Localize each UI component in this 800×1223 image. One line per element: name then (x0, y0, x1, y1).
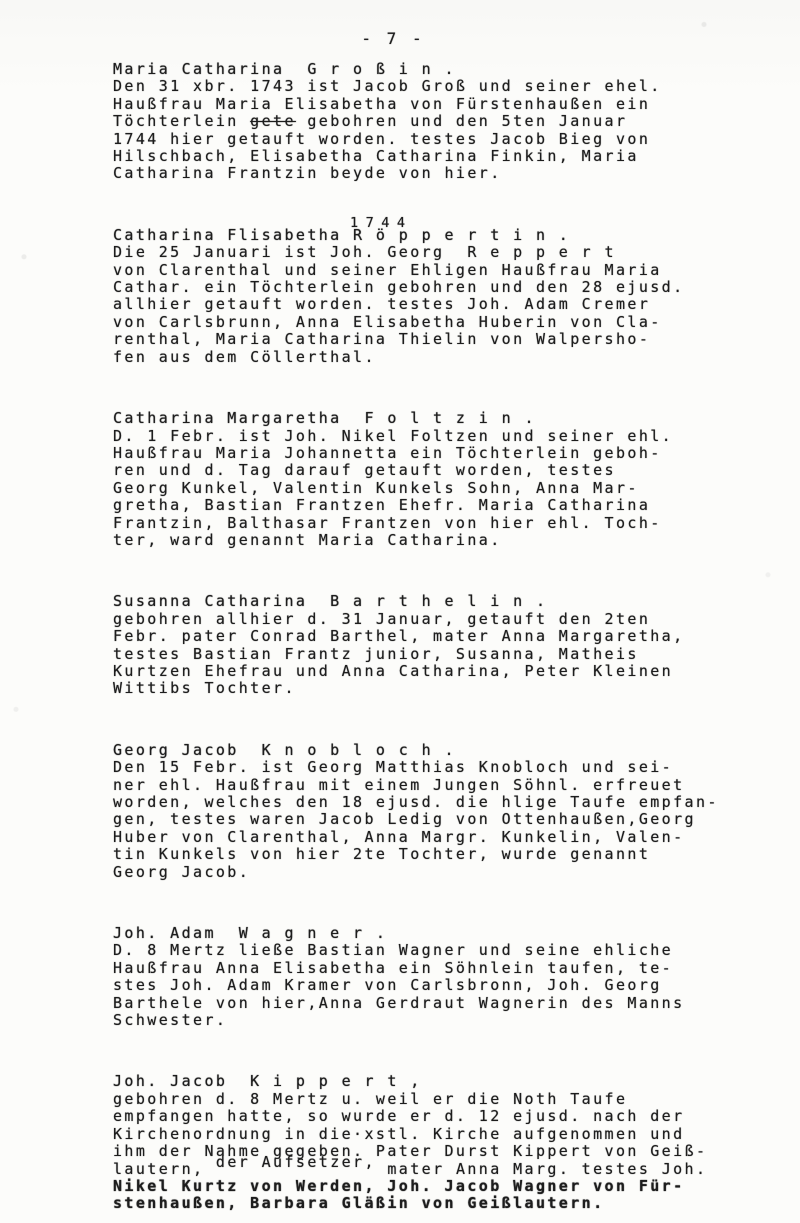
text-line: ihm der Nahme gegeben. Pater Durst Kippe… (113, 1143, 773, 1160)
record-heading: Joh. Adam W a g n e r . (113, 925, 773, 942)
text-line: Die 25 Januari ist Joh. Georg R e p p e … (113, 244, 773, 261)
text-line: ter, ward genannt Maria Catharina. (113, 532, 773, 549)
text-segment: Catharina Flisabetha (113, 226, 353, 244)
text-segment: Töchterlein (113, 112, 250, 130)
text-line: D. 8 Mertz ließe Bastian Wagner und sein… (113, 942, 773, 959)
text-line-with-correction: Töchterlein gete gebohren und den 5ten J… (113, 113, 773, 130)
record-heading: Joh. Jacob K i p p e r t , (113, 1073, 773, 1090)
text-line: empfangen hatte, so wurde er d. 12 ejusd… (113, 1108, 773, 1125)
text-line-with-insertion: lautern, der Aufsetzer, mater Anna Marg.… (113, 1161, 773, 1178)
text-line: Nikel Kurtz von Werden, Joh. Jacob Wagne… (113, 1178, 773, 1195)
text-line: Frantzin, Balthasar Frantzen von hier eh… (113, 515, 773, 532)
text-line: Schwester. (113, 1012, 773, 1029)
record-heading: Susanna Catharina B a r t h e l i n . (113, 593, 773, 610)
text-line: Den 31 xbr. 1743 ist Jacob Groß und sein… (113, 78, 773, 95)
text-line: renthal, Maria Catharina Thielin von Wal… (113, 331, 773, 348)
text-line: stenhaußen, Barbara Gläßin von Geißlaute… (113, 1195, 773, 1212)
text-line: fen aus dem Cöllerthal. (113, 349, 773, 366)
text-line: ner ehl. Haußfrau mit einem Jungen Söhnl… (113, 777, 773, 794)
text-line: Febr. pater Conrad Barthel, mater Anna M… (113, 628, 773, 645)
text-line: stes Joh. Adam Kramer von Carlsbronn, Jo… (113, 977, 773, 994)
text-line: gretha, Bastian Frantzen Ehefr. Maria Ca… (113, 497, 773, 514)
surname-with-year: 1744R ö p p e r t i n . (353, 227, 570, 244)
text-line: Barthele von hier,Anna Gerdraut Wagnerin… (113, 995, 773, 1012)
text-line: Huber von Clarenthal, Anna Margr. Kunkel… (113, 829, 773, 846)
text-line: worden, welches den 18 ejusd. die hlige … (113, 794, 773, 811)
text-segment: gebohren und den 5ten Januar (296, 112, 628, 130)
text-line: Cathar. ein Töchterlein gebohren und den… (113, 279, 773, 296)
text-line: von Clarenthal und seiner Ehligen Haußfr… (113, 262, 773, 279)
record-entry-knobloch: Georg Jacob K n o b l o c h . Den 15 Feb… (113, 742, 773, 881)
text-line: Catharina Frantzin beyde von hier. (113, 165, 773, 182)
record-entry-kippert: Joh. Jacob K i p p e r t , gebohren d. 8… (113, 1073, 773, 1212)
record-heading: Catharina Margaretha F o l t z i n . (113, 410, 773, 427)
text-line: tin Kunkels von hier 2te Tochter, wurde … (113, 846, 773, 863)
record-entry-wagner: Joh. Adam W a g n e r . D. 8 Mertz ließe… (113, 925, 773, 1029)
text-line: testes Bastian Frantz junior, Susanna, M… (113, 646, 773, 663)
text-line: allhier getauft worden. testes Joh. Adam… (113, 296, 773, 313)
page-content: - 7 - Maria Catharina G r o ß i n . Den … (113, 30, 773, 1213)
record-entry-foltzin: Catharina Margaretha F o l t z i n . D. … (113, 410, 773, 549)
text-line: gebohren d. 8 Mertz u. weil er die Noth … (113, 1091, 773, 1108)
record-heading: Georg Jacob K n o b l o c h . (113, 742, 773, 759)
text-line: Georg Jacob. (113, 864, 773, 881)
text-segment: mater Anna Marg. testes Joh. (387, 1160, 707, 1178)
text-line: Haußfrau Anna Elisabetha ein Söhnlein ta… (113, 960, 773, 977)
record-entry-barthelin: Susanna Catharina B a r t h e l i n . ge… (113, 593, 773, 697)
record-entry-grossin: Maria Catharina G r o ß i n . Den 31 xbr… (113, 61, 773, 183)
record-heading: Maria Catharina G r o ß i n . (113, 61, 773, 78)
text-line: ren und d. Tag darauf getauft worden, te… (113, 462, 773, 479)
record-entry-roeppertin: Catharina Flisabetha 1744R ö p p e r t i… (113, 227, 773, 366)
text-line: Kirchenordnung in die·xstl. Kirche aufge… (113, 1126, 773, 1143)
text-line: Haußfrau Maria Johannetta ein Töchterlei… (113, 445, 773, 462)
page-number: - 7 - (113, 30, 673, 48)
inserted-year: 1744 (350, 215, 413, 232)
raised-insertion: der Aufsetzer, (216, 1153, 387, 1171)
text-line: gebohren allhier d. 31 Januar, getauft d… (113, 611, 773, 628)
text-line: Kurtzen Ehefrau und Anna Catharina, Pete… (113, 663, 773, 680)
record-heading: Catharina Flisabetha 1744R ö p p e r t i… (113, 227, 773, 244)
struck-word: gete (250, 112, 296, 130)
text-segment: lautern, (113, 1160, 216, 1178)
text-line: Georg Kunkel, Valentin Kunkels Sohn, Ann… (113, 480, 773, 497)
text-line: D. 1 Febr. ist Joh. Nikel Foltzen und se… (113, 428, 773, 445)
scanned-page: - 7 - Maria Catharina G r o ß i n . Den … (0, 0, 800, 1223)
text-line: gen, testes waren Jacob Ledig von Ottenh… (113, 811, 773, 828)
text-line: Wittibs Tochter. (113, 680, 773, 697)
text-line: 1744 hier getauft worden. testes Jacob B… (113, 131, 773, 148)
text-line: von Carlsbrunn, Anna Elisabetha Huberin … (113, 314, 773, 331)
text-line: Haußfrau Maria Elisabetha von Fürstenhau… (113, 96, 773, 113)
text-line: Hilschbach, Elisabetha Catharina Finkin,… (113, 148, 773, 165)
text-line: Den 15 Febr. ist Georg Matthias Knobloch… (113, 759, 773, 776)
